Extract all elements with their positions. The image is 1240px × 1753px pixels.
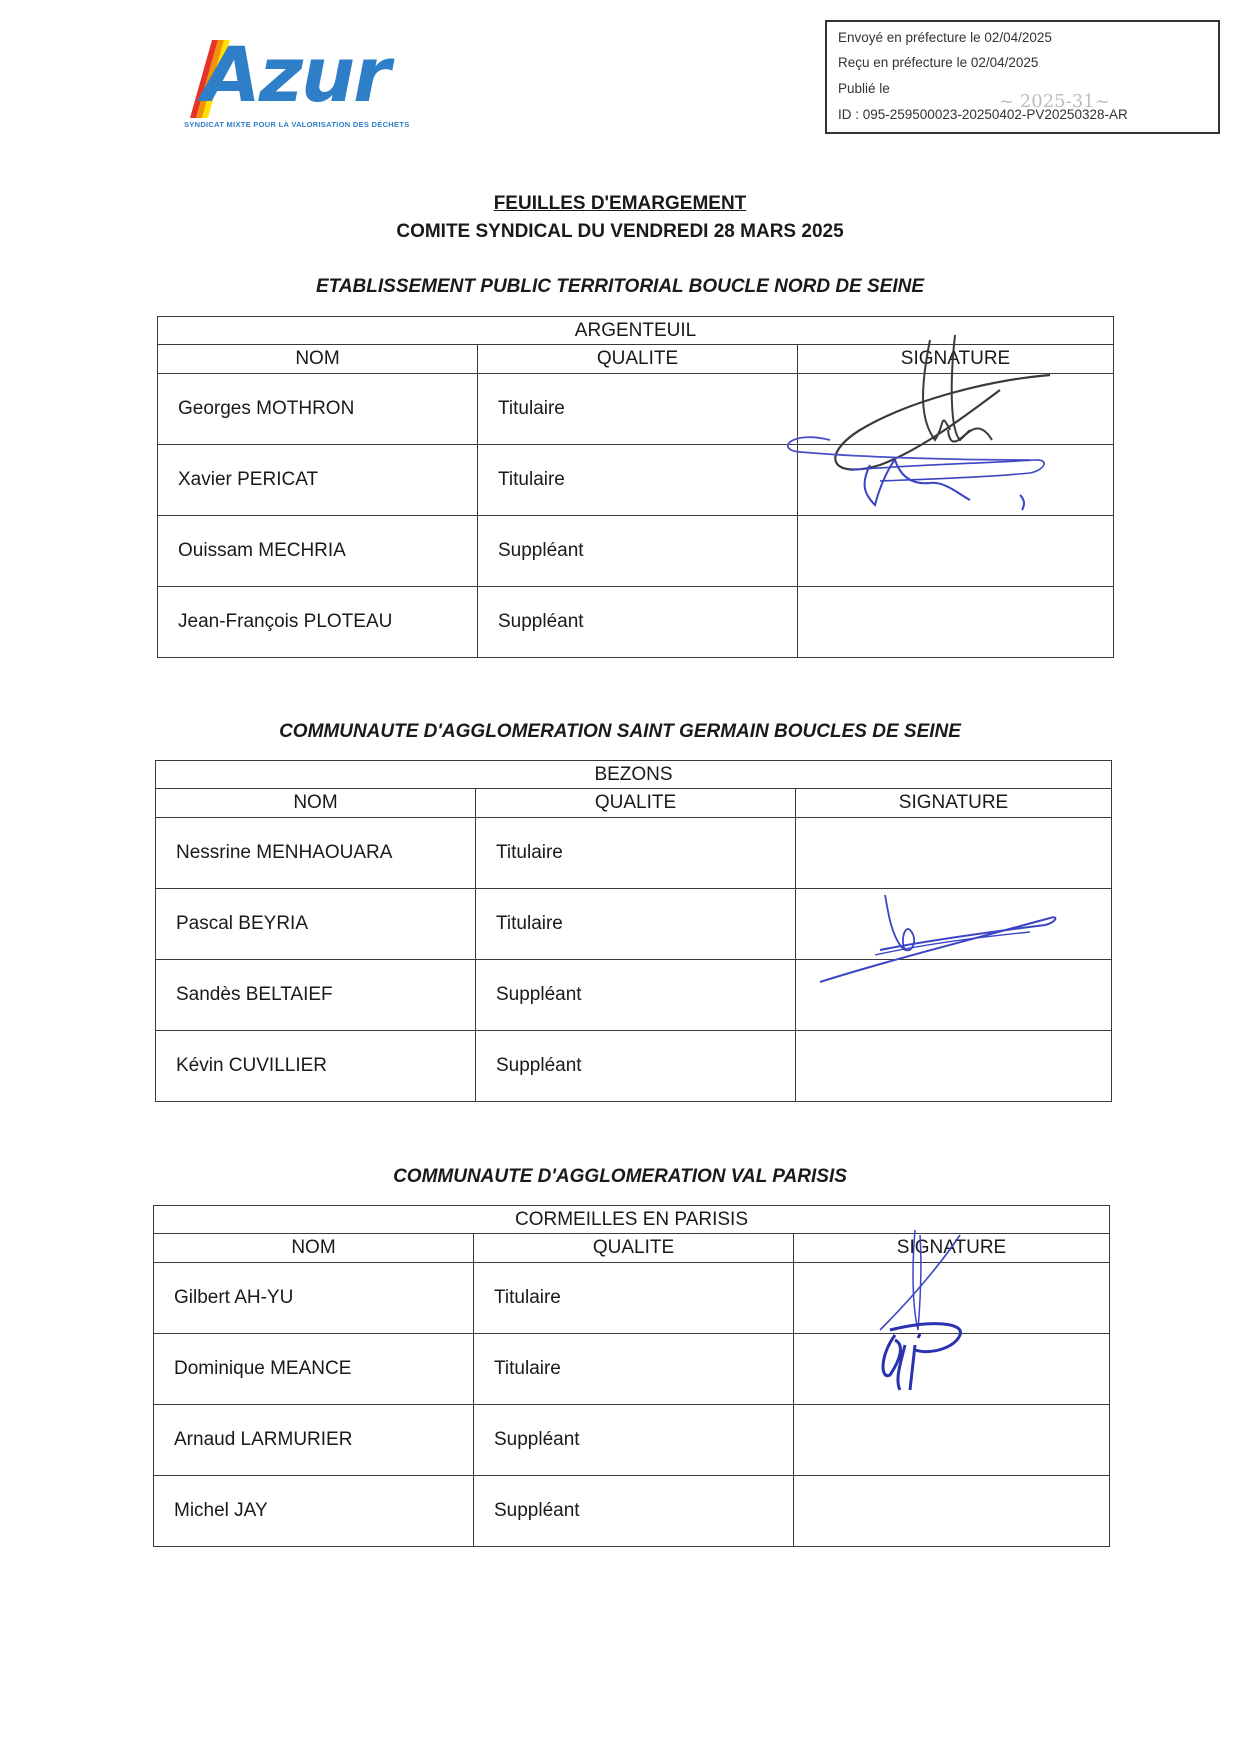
table-row: Ouissam MECHRIA Suppléant [158,516,1114,587]
stamp-sent: Envoyé en préfecture le 02/04/2025 [838,30,1052,45]
member-qualite: Titulaire [476,818,796,889]
member-name: Sandès BELTAIEF [156,960,476,1031]
attendance-table-bezons: BEZONS NOM QUALITE SIGNATURE Nessrine ME… [155,760,1112,1102]
member-qualite: Suppléant [478,587,798,658]
member-qualite: Titulaire [474,1263,794,1334]
signature-cell[interactable] [798,374,1114,445]
signature-cell[interactable] [794,1263,1110,1334]
signature-cell[interactable] [798,516,1114,587]
member-name: Xavier PERICAT [158,445,478,516]
member-name: Dominique MEANCE [154,1334,474,1405]
table-row: Jean-François PLOTEAU Suppléant [158,587,1114,658]
signature-cell[interactable] [796,960,1112,1031]
member-name: Kévin CUVILLIER [156,1031,476,1102]
column-header-qualite: QUALITE [474,1234,794,1263]
table-row: Georges MOTHRON Titulaire [158,374,1114,445]
table-row: Xavier PERICAT Titulaire [158,445,1114,516]
member-name: Georges MOTHRON [158,374,478,445]
signature-cell[interactable] [794,1405,1110,1476]
commune-name: BEZONS [156,761,1112,789]
azur-logo: Azur SYNDICAT MIXTE POUR LA VALORISATION… [184,36,414,131]
document-title: FEUILLES D'EMARGEMENT [0,193,1240,215]
document-subtitle: COMITE SYNDICAL DU VENDREDI 28 MARS 2025 [0,221,1240,243]
table-row: Arnaud LARMURIER Suppléant [154,1405,1110,1476]
attendance-table-argenteuil: ARGENTEUIL NOM QUALITE SIGNATURE Georges… [157,316,1114,658]
column-header-signature: SIGNATURE [796,789,1112,818]
section-title: COMMUNAUTE D'AGGLOMERATION SAINT GERMAIN… [0,721,1240,743]
column-header-signature: SIGNATURE [794,1234,1110,1263]
member-qualite: Suppléant [474,1405,794,1476]
member-name: Arnaud LARMURIER [154,1405,474,1476]
table-row: Gilbert AH-YU Titulaire [154,1263,1110,1334]
member-qualite: Titulaire [478,374,798,445]
column-header-qualite: QUALITE [476,789,796,818]
logo-tagline: SYNDICAT MIXTE POUR LA VALORISATION DES … [184,120,410,129]
table-row: Nessrine MENHAOUARA Titulaire [156,818,1112,889]
document-title-text: FEUILLES D'EMARGEMENT [494,193,747,214]
section-title: COMMUNAUTE D'AGGLOMERATION VAL PARISIS [0,1166,1240,1188]
stamp-received: Reçu en préfecture le 02/04/2025 [838,55,1038,70]
signature-cell[interactable] [796,818,1112,889]
member-name: Jean-François PLOTEAU [158,587,478,658]
member-qualite: Titulaire [474,1334,794,1405]
member-qualite: Suppléant [478,516,798,587]
signature-cell[interactable] [798,587,1114,658]
table-row: Kévin CUVILLIER Suppléant [156,1031,1112,1102]
member-name: Michel JAY [154,1476,474,1547]
section-title: ETABLISSEMENT PUBLIC TERRITORIAL BOUCLE … [0,276,1240,298]
stamp-published: Publié le [838,81,890,96]
prefecture-stamp: Envoyé en préfecture le 02/04/2025 Reçu … [825,20,1220,134]
signature-cell[interactable] [794,1334,1110,1405]
member-name: Ouissam MECHRIA [158,516,478,587]
commune-name: CORMEILLES EN PARISIS [154,1206,1110,1234]
signature-cell[interactable] [798,445,1114,516]
signature-cell[interactable] [794,1476,1110,1547]
table-row: Michel JAY Suppléant [154,1476,1110,1547]
signature-cell[interactable] [796,1031,1112,1102]
column-header-nom: NOM [156,789,476,818]
member-qualite: Suppléant [476,960,796,1031]
table-row: Dominique MEANCE Titulaire [154,1334,1110,1405]
table-row: Sandès BELTAIEF Suppléant [156,960,1112,1031]
column-header-qualite: QUALITE [478,345,798,374]
member-qualite: Titulaire [476,889,796,960]
column-header-nom: NOM [158,345,478,374]
member-name: Gilbert AH-YU [154,1263,474,1334]
member-qualite: Suppléant [476,1031,796,1102]
column-header-signature: SIGNATURE [798,345,1114,374]
member-qualite: Titulaire [478,445,798,516]
table-row: Pascal BEYRIA Titulaire [156,889,1112,960]
stamp-id: ID : 095-259500023-20250402-PV20250328-A… [838,107,1128,122]
logo-wordmark: Azur [202,30,389,119]
commune-name: ARGENTEUIL [158,317,1114,345]
member-qualite: Suppléant [474,1476,794,1547]
signature-cell[interactable] [796,889,1112,960]
member-name: Nessrine MENHAOUARA [156,818,476,889]
column-header-nom: NOM [154,1234,474,1263]
attendance-table-cormeilles: CORMEILLES EN PARISIS NOM QUALITE SIGNAT… [153,1205,1110,1547]
member-name: Pascal BEYRIA [156,889,476,960]
